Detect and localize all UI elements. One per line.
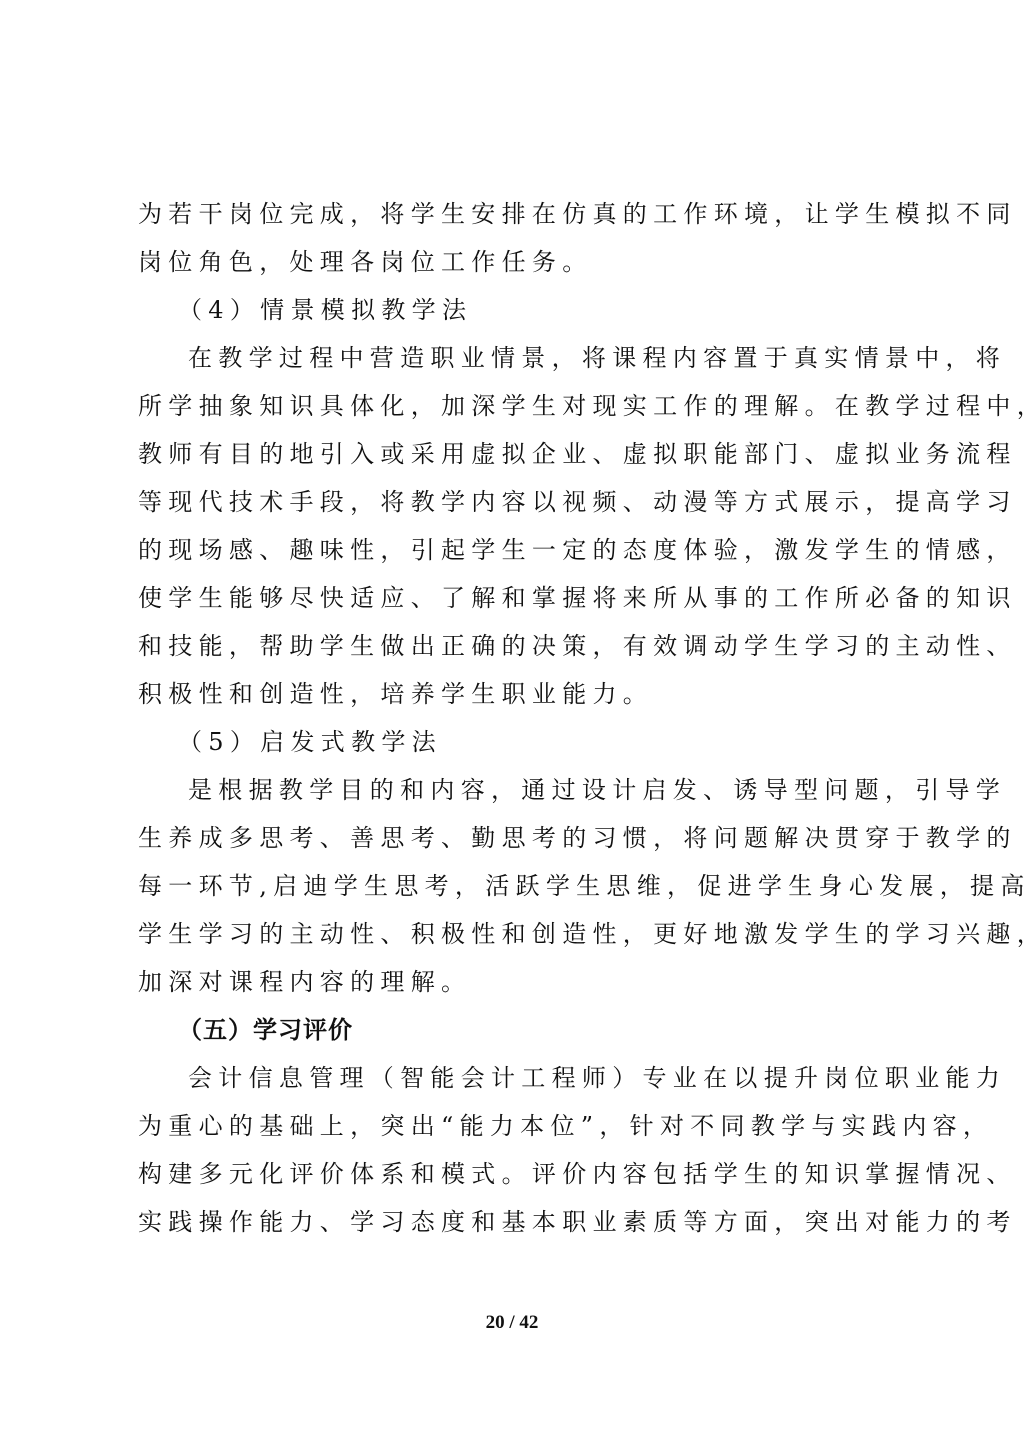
subheading-situational-simulation: （4）情景模拟教学法 <box>138 286 888 334</box>
document-page: 为若干岗位完成，将学生安排在仿真的工作环境，让学生模拟不同 岗位角色，处理各岗位… <box>138 190 888 1246</box>
body-line: 实践操作能力、学习态度和基本职业素质等方面，突出对能力的考 <box>138 1198 888 1246</box>
page-number: 20 / 42 <box>0 1312 1024 1334</box>
body-line: 构建多元化评价体系和模式。评价内容包括学生的知识掌握情况、 <box>138 1150 888 1198</box>
body-line: 使学生能够尽快适应、了解和掌握将来所从事的工作所必备的知识 <box>138 574 888 622</box>
section-heading-learning-evaluation: （五）学习评价 <box>138 1006 888 1054</box>
body-line: 积极性和创造性，培养学生职业能力。 <box>138 670 888 718</box>
body-line: 岗位角色，处理各岗位工作任务。 <box>138 238 888 286</box>
body-line: 等现代技术手段，将教学内容以视频、动漫等方式展示，提高学习 <box>138 478 888 526</box>
body-line: 加深对课程内容的理解。 <box>138 958 888 1006</box>
body-line: 每一环节,启迪学生思考，活跃学生思维，促进学生身心发展，提高 <box>138 862 888 910</box>
body-line: 为若干岗位完成，将学生安排在仿真的工作环境，让学生模拟不同 <box>138 190 888 238</box>
subheading-heuristic-teaching: （5）启发式教学法 <box>138 718 888 766</box>
paragraph-start-line: 会计信息管理（智能会计工程师）专业在以提升岗位职业能力 <box>138 1054 888 1102</box>
body-line: 为重心的基础上，突出“能力本位”，针对不同教学与实践内容， <box>138 1102 888 1150</box>
body-line: 的现场感、趣味性，引起学生一定的态度体验，激发学生的情感， <box>138 526 888 574</box>
body-line: 所学抽象知识具体化，加深学生对现实工作的理解。在教学过程中， <box>138 382 888 430</box>
paragraph-start-line: 在教学过程中营造职业情景，将课程内容置于真实情景中，将 <box>138 334 888 382</box>
body-line: 和技能，帮助学生做出正确的决策，有效调动学生学习的主动性、 <box>138 622 888 670</box>
body-line: 生养成多思考、善思考、勤思考的习惯，将问题解决贯穿于教学的 <box>138 814 888 862</box>
body-line: 教师有目的地引入或采用虚拟企业、虚拟职能部门、虚拟业务流程 <box>138 430 888 478</box>
body-line: 学生学习的主动性、积极性和创造性，更好地激发学生的学习兴趣， <box>138 910 888 958</box>
paragraph-start-line: 是根据教学目的和内容，通过设计启发、诱导型问题，引导学 <box>138 766 888 814</box>
